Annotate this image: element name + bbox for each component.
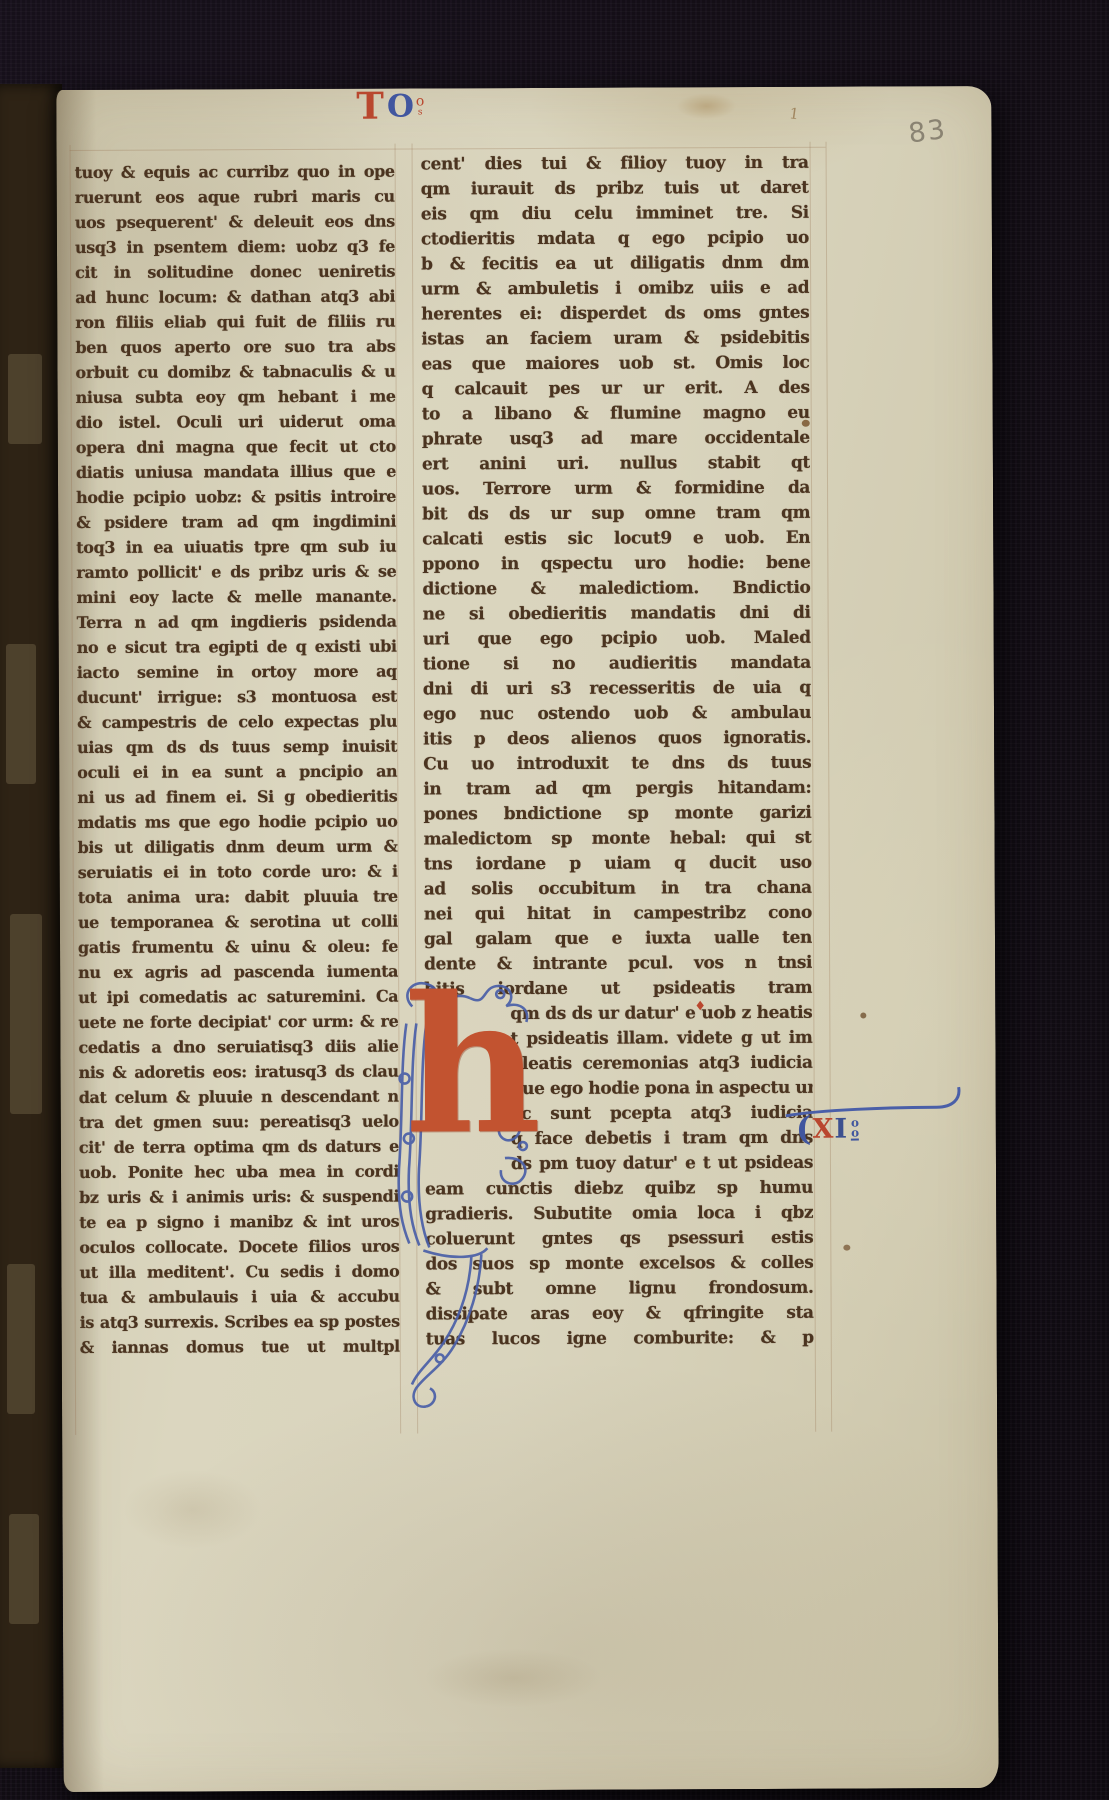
text-line: mdatis ms que ego hodie pcipio uo (77, 809, 397, 835)
text-line: eas que maiores uob st. Omis loc (421, 351, 809, 378)
text-line: ut ipi comedatis ac saturemini. Ca (78, 984, 398, 1010)
text-line: istas an faciem uram & psidebitis (421, 326, 809, 353)
text-line: qm iurauit ds pribz tuis ut daret (421, 176, 809, 203)
text-line: te ea p signo i manibz & int uros (79, 1209, 399, 1235)
text-line: iacto semine in ortoy more aq (77, 659, 397, 685)
text-line: oculi ei in ea sunt a pncipio an (77, 759, 397, 785)
text-line: bit ds ds ur sup omne tram qm (422, 501, 810, 528)
text-line: nei qui hitat in campestribz cono (424, 901, 812, 928)
text-line: nu ex agris ad pascenda iumenta (78, 959, 398, 985)
text-line: & iannas domus tue ut multpl (80, 1334, 400, 1360)
ink-speck (860, 1013, 866, 1019)
text-line: uos. Terrore urm & formidine da (422, 476, 810, 503)
text-line: ert anini uri. nullus stabit qt (422, 451, 810, 478)
text-line: Terra n ad qm ingdieris psidenda (77, 609, 397, 635)
stain (122, 1469, 262, 1550)
text-line: ue temporanea & serotina ut colli (78, 909, 398, 935)
text-line: ad solis occubitum in tra chana (424, 876, 812, 903)
text-line: calcati estis sic locut9 e uob. En (422, 526, 810, 553)
text-line: q calcauit pes ur ur erit. A des (422, 376, 810, 403)
page-edge-step (7, 1264, 35, 1414)
text-line: urm & ambuletis i omibz uiis e ad (421, 276, 809, 303)
chapter-marker-bracket: ( (796, 1114, 812, 1144)
chapter-marker-sup-bottom: o (851, 1127, 859, 1137)
text-line: ad hunc locum: & dathan atq3 abi (75, 284, 395, 310)
running-header-sub-flourish: s (418, 108, 423, 116)
page-edge-step (6, 644, 36, 784)
running-header-letter-red: T (356, 89, 384, 123)
text-line: gal galam que e iuxta ualle ten (424, 926, 812, 953)
running-header-sup-o: o (416, 94, 424, 108)
text-line: oculos collocate. Docete filios uros (79, 1234, 399, 1260)
text-line: dat celum & pluuie n descendant n (79, 1084, 399, 1110)
chapter-marker-numeral-i: I (834, 1113, 847, 1144)
page-edge-step (9, 1514, 39, 1624)
text-line: phrate usq3 ad mare occidentale (422, 426, 810, 453)
text-line: cit' de terra optima qm ds daturs e (79, 1134, 399, 1160)
text-line: orbuit cu domibz & tabnaculis & u (75, 359, 395, 385)
text-line: niusa subta eoy qm hebant i me (76, 384, 396, 410)
text-line: cedatis a dno seruiatisq3 diis alie (78, 1034, 398, 1060)
text-line: pones bndictione sp monte garizi (423, 801, 811, 828)
text-line: tua & ambulauis i uia & accubu (80, 1284, 400, 1310)
text-line: dni di uri s3 recesseritis de uia q (423, 676, 811, 703)
text-line: & campestris de celo expectas plu (77, 709, 397, 735)
text-line: bis ut diligatis dnm deum urm & (78, 834, 398, 860)
text-line: hodie pcipio uobz: & psitis introire (76, 484, 396, 510)
text-line: & psidere tram ad qm ingdimini (76, 509, 396, 535)
text-line: ron filiis eliab qui fuit de filiis ru (75, 309, 395, 335)
chapter-number-marker: ( X I o o (796, 1112, 859, 1146)
text-line: ducunt' irrigue: s3 montuosa est (77, 684, 397, 710)
chapter-marker-superscript: o o (851, 1117, 859, 1140)
text-line: uri que ego pcipio uob. Maled (423, 626, 811, 653)
text-line: in tram ad qm pergis hitandam: (423, 776, 811, 803)
text-line: usq3 in psentem diem: uobz q3 fe (75, 234, 395, 260)
text-line: nis & adoretis eos: iratusq3 ds clau (79, 1059, 399, 1085)
text-line: dictione & maledictiom. Bndictio (422, 576, 810, 603)
text-line: to a libano & flumine magno eu (422, 401, 810, 428)
text-line: uos psequerent' & deleuit eos dns (75, 209, 395, 235)
decorated-initial-h: h (404, 993, 541, 1140)
ink-speck (843, 1245, 850, 1251)
text-line: itis p deos alienos quos ignoratis. (423, 726, 811, 753)
text-line: seruiatis ei in toto corde uro: & i (78, 859, 398, 885)
text-line: uias qm ds ds tuus semp inuisit (77, 734, 397, 760)
book-fore-edge (0, 84, 62, 1768)
stain (676, 93, 736, 119)
rubric-lozenge: ♦ (694, 999, 706, 1014)
text-line: ut illa meditent'. Cu sedis i domo (79, 1259, 399, 1285)
text-line: Cu uo introduxit te dns ds tuus (423, 751, 811, 778)
text-line: ramto pollicit' e ds pribz uris & se (76, 559, 396, 585)
running-header-letter-blue: O (387, 88, 414, 124)
text-line: ppono in qspectu uro hodie: bene (422, 551, 810, 578)
text-line: maledictom sp monte hebal: qui st (424, 826, 812, 853)
text-line: is atq3 surrexis. Scribes ea sp postes (80, 1309, 400, 1335)
text-line: ben quos aperto ore suo tra abs (75, 334, 395, 360)
text-column-left: tuoy & equis ac curribz quo in operuerun… (75, 159, 400, 1360)
chapter-marker-numeral-x: X (812, 1113, 833, 1144)
text-line: cit in solitudine donec ueniretis (75, 259, 395, 285)
text-line: mini eoy lacte & melle manante. (76, 584, 396, 610)
parchment-folio: T O o s 83 1 tuoy & equis ac curribz quo… (56, 86, 998, 1792)
text-line: tione si no audieritis mandata (423, 651, 811, 678)
page-edge-step (10, 914, 42, 1114)
text-line: diatis uniusa mandata illius que e (76, 459, 396, 485)
manuscript-photo: T O o s 83 1 tuoy & equis ac curribz quo… (0, 0, 1109, 1800)
text-line: dio istel. Oculi uri uiderut oma (76, 409, 396, 435)
folio-number: 83 (907, 114, 949, 150)
text-line: tota anima ura: dabit pluuia tre (78, 884, 398, 910)
text-line: eis qm diu celu imminet tre. Si (421, 201, 809, 228)
text-line: no e sicut tra egipti de q existi ubi (77, 634, 397, 660)
text-line: opera dni magna que fecit ut cto (76, 434, 396, 460)
text-line: uob. Ponite hec uba mea in cordi (79, 1159, 399, 1185)
text-line: toq3 in ea uiuatis tpre qm sub iu (76, 534, 396, 560)
text-line: tra det gmen suu: pereatisq3 uelo (79, 1109, 399, 1135)
text-line: ego nuc ostendo uob & ambulau (423, 701, 811, 728)
text-line: herentes ei: disperdet ds oms gntes (421, 301, 809, 328)
text-line: gatis frumentu & uinu & oleu: fe (78, 934, 398, 960)
text-line: bz uris & i animis uris: & suspendi (79, 1184, 399, 1210)
running-header: T O o s (356, 88, 424, 128)
running-header-superscript: o s (416, 94, 425, 116)
ruling-line (826, 142, 833, 1432)
margin-tick-mark: 1 (788, 104, 800, 123)
text-line: ruerunt eos aque rubri maris cu (75, 184, 395, 210)
text-line: tns iordane p uiam q ducit uso (424, 851, 812, 878)
text-line: ctodieritis mdata q ego pcipio uo (421, 226, 809, 253)
stain (423, 1648, 603, 1709)
text-line: uete ne forte decipiat' cor urm: & re (78, 1009, 398, 1035)
text-line: cent' dies tui & filioy tuoy in tra (421, 151, 809, 178)
text-line: tuoy & equis ac curribz quo in ope (75, 159, 395, 185)
text-line: b & fecitis ea ut diligatis dnm dm (421, 251, 809, 278)
ink-speck (802, 420, 810, 427)
text-line: ni us ad finem ei. Si g obedieritis (77, 784, 397, 810)
page-edge-step (8, 354, 42, 444)
text-line: ne si obedieritis mandatis dni di (423, 601, 811, 628)
